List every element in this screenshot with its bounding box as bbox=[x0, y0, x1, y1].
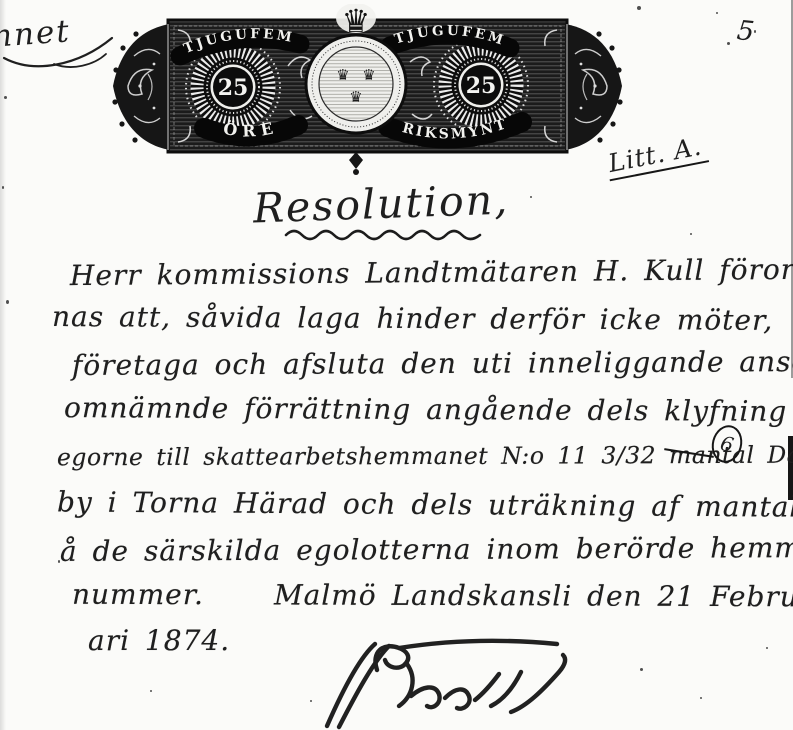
signature-scrawl: HvTroil bbox=[315, 634, 580, 730]
stamp-pendant bbox=[349, 152, 363, 169]
corner-flourish bbox=[0, 14, 120, 76]
handwritten-line: företaga och afsluta den uti inneliggand… bbox=[72, 345, 793, 394]
handwritten-word: nummer. bbox=[72, 577, 204, 610]
stamp-value-right: 25 bbox=[466, 73, 497, 99]
handwritten-line: egorne till skattearbetshemmanet N:o 11 … bbox=[57, 437, 793, 489]
handwritten-line: Herr kommissions Landtmätaren H. Kull fö… bbox=[70, 253, 793, 305]
title-wavy-underline bbox=[284, 227, 484, 243]
handwritten-line: nas att, såvida laga hinder derför icke … bbox=[52, 300, 793, 349]
small-crown-icon: ♛ bbox=[349, 88, 362, 106]
handwritten-line: nummer.Malmö Landskansli den 21 Febru= bbox=[72, 577, 793, 625]
stamp-value-left: 25 bbox=[218, 75, 249, 101]
scanned-document-page: nnet 5 bbox=[0, 0, 793, 730]
handwritten-line: by i Torna Härad och dels uträkning af m… bbox=[57, 485, 793, 536]
stamp-right-ornament bbox=[565, 24, 623, 150]
document-title: Resolution, bbox=[252, 176, 510, 233]
dateline: Malmö Landskansli den 21 Febru= bbox=[274, 578, 793, 613]
stamp-left-ornament bbox=[112, 24, 170, 150]
folio-number: 5 bbox=[735, 15, 755, 48]
revenue-stamp: 25 25 TJUGUFEM TJUGUFEM ÖRE RIKSMYNT bbox=[110, 4, 625, 176]
handwritten-line: omnämnde förrättning angående dels klyfn… bbox=[64, 391, 793, 440]
handwritten-body: Herr kommissions Landtmätaren H. Kull fö… bbox=[52, 256, 793, 670]
scan-edge-shading bbox=[0, 0, 6, 730]
small-crown-icon: ♛ bbox=[362, 66, 375, 84]
handwritten-line: å de särskilda egolotterna inom berörde … bbox=[60, 531, 793, 580]
small-crown-icon: ♛ bbox=[336, 66, 349, 84]
